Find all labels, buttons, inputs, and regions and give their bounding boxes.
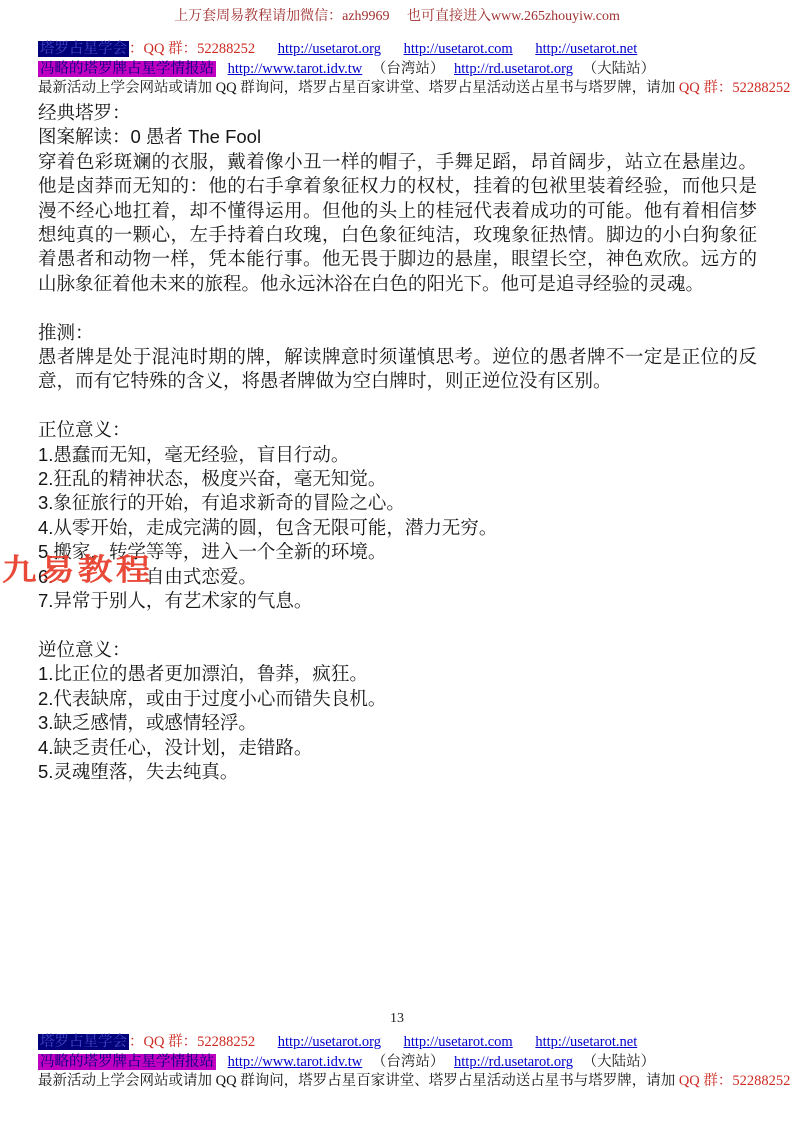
footer-contact-block: 塔罗占星学会：QQ 群：52288252 http://usetarot.org… bbox=[38, 1033, 758, 1092]
footer-taiwan-note: （台湾站） bbox=[372, 1054, 445, 1070]
link-tarot-idv-tw[interactable]: http://www.tarot.idv.tw bbox=[228, 61, 363, 77]
reversed-title: 逆位意义： bbox=[38, 638, 757, 662]
page-number: 13 bbox=[0, 1011, 794, 1027]
card-article: 经典塔罗： 图案解读：0 愚者 The Fool 穿着色彩斑斓的衣服，戴着像小丑… bbox=[38, 101, 757, 784]
link-rd-usetarot-org[interactable]: http://rd.usetarot.org bbox=[454, 61, 573, 77]
list-item: 2.代表缺席，或由于过度小心而错失良机。 bbox=[38, 687, 757, 711]
footer-link-usetarot-net[interactable]: http://usetarot.net bbox=[535, 1034, 637, 1050]
document-page: 上万套周易教程请加微信：azh9969 也可直接进入www.265zhouyiw… bbox=[0, 0, 794, 1123]
spacer bbox=[38, 296, 757, 320]
taiwan-note: （台湾站） bbox=[372, 61, 445, 77]
speculation-text: 愚者牌是处于混沌时期的牌，解读牌意时须谨慎思考。逆位的愚者牌不一定是正位的反意，… bbox=[38, 345, 757, 394]
header-activity-line: 最新活动上学会网站或请加 QQ 群询问，塔罗占星百家讲堂、塔罗占星活动送占星书与… bbox=[38, 79, 758, 99]
footer-link-tarot-idv-tw[interactable]: http://www.tarot.idv.tw bbox=[228, 1054, 363, 1070]
footer-link-rd-usetarot-org[interactable]: http://rd.usetarot.org bbox=[454, 1054, 573, 1070]
list-item: 1.愚蠢而无知，毫无经验，盲目行动。 bbox=[38, 443, 757, 467]
speculation-title: 推测： bbox=[38, 321, 757, 345]
society-label: 塔罗占星学会 bbox=[38, 41, 129, 57]
card-description: 穿着色彩斑斓的衣服，戴着像小丑一样的帽子，手舞足蹈，昂首阔步，站立在悬崖边。他是… bbox=[38, 150, 757, 296]
list-item: 1.比正位的愚者更加漂泊，鲁莽，疯狂。 bbox=[38, 662, 757, 686]
list-item: 3.缺乏感情，或感情轻浮。 bbox=[38, 711, 757, 735]
footer-activity-qq-text: QQ 群：52288252 bbox=[679, 1073, 791, 1089]
list-item: 4.从零开始，走成完满的圆，包含无限可能，潜力无穷。 bbox=[38, 516, 757, 540]
spacer bbox=[38, 614, 757, 638]
header-contact-line-2: 冯略的塔罗牌占星学情报站 http://www.tarot.idv.tw （台湾… bbox=[38, 60, 758, 80]
activity-qq-text: QQ 群：52288252 bbox=[679, 80, 791, 96]
spacer bbox=[38, 394, 757, 418]
link-usetarot-com[interactable]: http://usetarot.com bbox=[404, 41, 513, 57]
mainland-note: （大陆站） bbox=[583, 61, 656, 77]
list-item: 7.异常于别人，有艺术家的气息。 bbox=[38, 589, 757, 613]
footer-society-label: 塔罗占星学会 bbox=[38, 1034, 129, 1050]
list-item: 4.缺乏责任心，没计划，走错路。 bbox=[38, 736, 757, 760]
upright-title: 正位意义： bbox=[38, 418, 757, 442]
station-label: 冯略的塔罗牌占星学情报站 bbox=[38, 61, 216, 77]
link-usetarot-net[interactable]: http://usetarot.net bbox=[535, 41, 637, 57]
header-contact-block: 塔罗占星学会：QQ 群：52288252 http://usetarot.org… bbox=[38, 40, 758, 99]
footer-link-usetarot-com[interactable]: http://usetarot.com bbox=[404, 1034, 513, 1050]
footer-activity-line: 最新活动上学会网站或请加 QQ 群询问，塔罗占星百家讲堂、塔罗占星活动送占星书与… bbox=[38, 1072, 758, 1092]
card-title: 图案解读：0 愚者 The Fool bbox=[38, 125, 757, 149]
reversed-list: 1.比正位的愚者更加漂泊，鲁莽，疯狂。2.代表缺席，或由于过度小心而错失良机。3… bbox=[38, 662, 757, 784]
series-title: 经典塔罗： bbox=[38, 101, 757, 125]
activity-notice: 最新活动上学会网站或请加 QQ 群询问，塔罗占星百家讲堂、塔罗占星活动送占星书与… bbox=[38, 80, 679, 96]
footer-activity-notice: 最新活动上学会网站或请加 QQ 群询问，塔罗占星百家讲堂、塔罗占星活动送占星书与… bbox=[38, 1073, 679, 1089]
list-item: 6. 自由式恋爱。 bbox=[38, 565, 757, 589]
footer-contact-line-1: 塔罗占星学会：QQ 群：52288252 http://usetarot.org… bbox=[38, 1033, 758, 1053]
link-usetarot-org[interactable]: http://usetarot.org bbox=[278, 41, 381, 57]
footer-contact-line-2: 冯略的塔罗牌占星学情报站 http://www.tarot.idv.tw （台湾… bbox=[38, 1053, 758, 1073]
footer-link-usetarot-org[interactable]: http://usetarot.org bbox=[278, 1034, 381, 1050]
society-qq-text: ：QQ 群：52288252 bbox=[129, 41, 255, 57]
list-item: 5.灵魂堕落，失去纯真。 bbox=[38, 760, 757, 784]
footer-mainland-note: （大陆站） bbox=[583, 1054, 656, 1070]
footer-society-qq-text: ：QQ 群：52288252 bbox=[129, 1034, 255, 1050]
header-contact-line-1: 塔罗占星学会：QQ 群：52288252 http://usetarot.org… bbox=[38, 40, 758, 60]
list-item: 3.象征旅行的开始，有追求新奇的冒险之心。 bbox=[38, 491, 757, 515]
list-item: 5.搬家，转学等等，进入一个全新的环境。 bbox=[38, 540, 757, 564]
list-item: 2.狂乱的精神状态，极度兴奋，毫无知觉。 bbox=[38, 467, 757, 491]
footer-station-label: 冯略的塔罗牌占星学情报站 bbox=[38, 1054, 216, 1070]
top-notice: 上万套周易教程请加微信：azh9969 也可直接进入www.265zhouyiw… bbox=[0, 5, 794, 25]
upright-list: 1.愚蠢而无知，毫无经验，盲目行动。2.狂乱的精神状态，极度兴奋，毫无知觉。3.… bbox=[38, 443, 757, 614]
